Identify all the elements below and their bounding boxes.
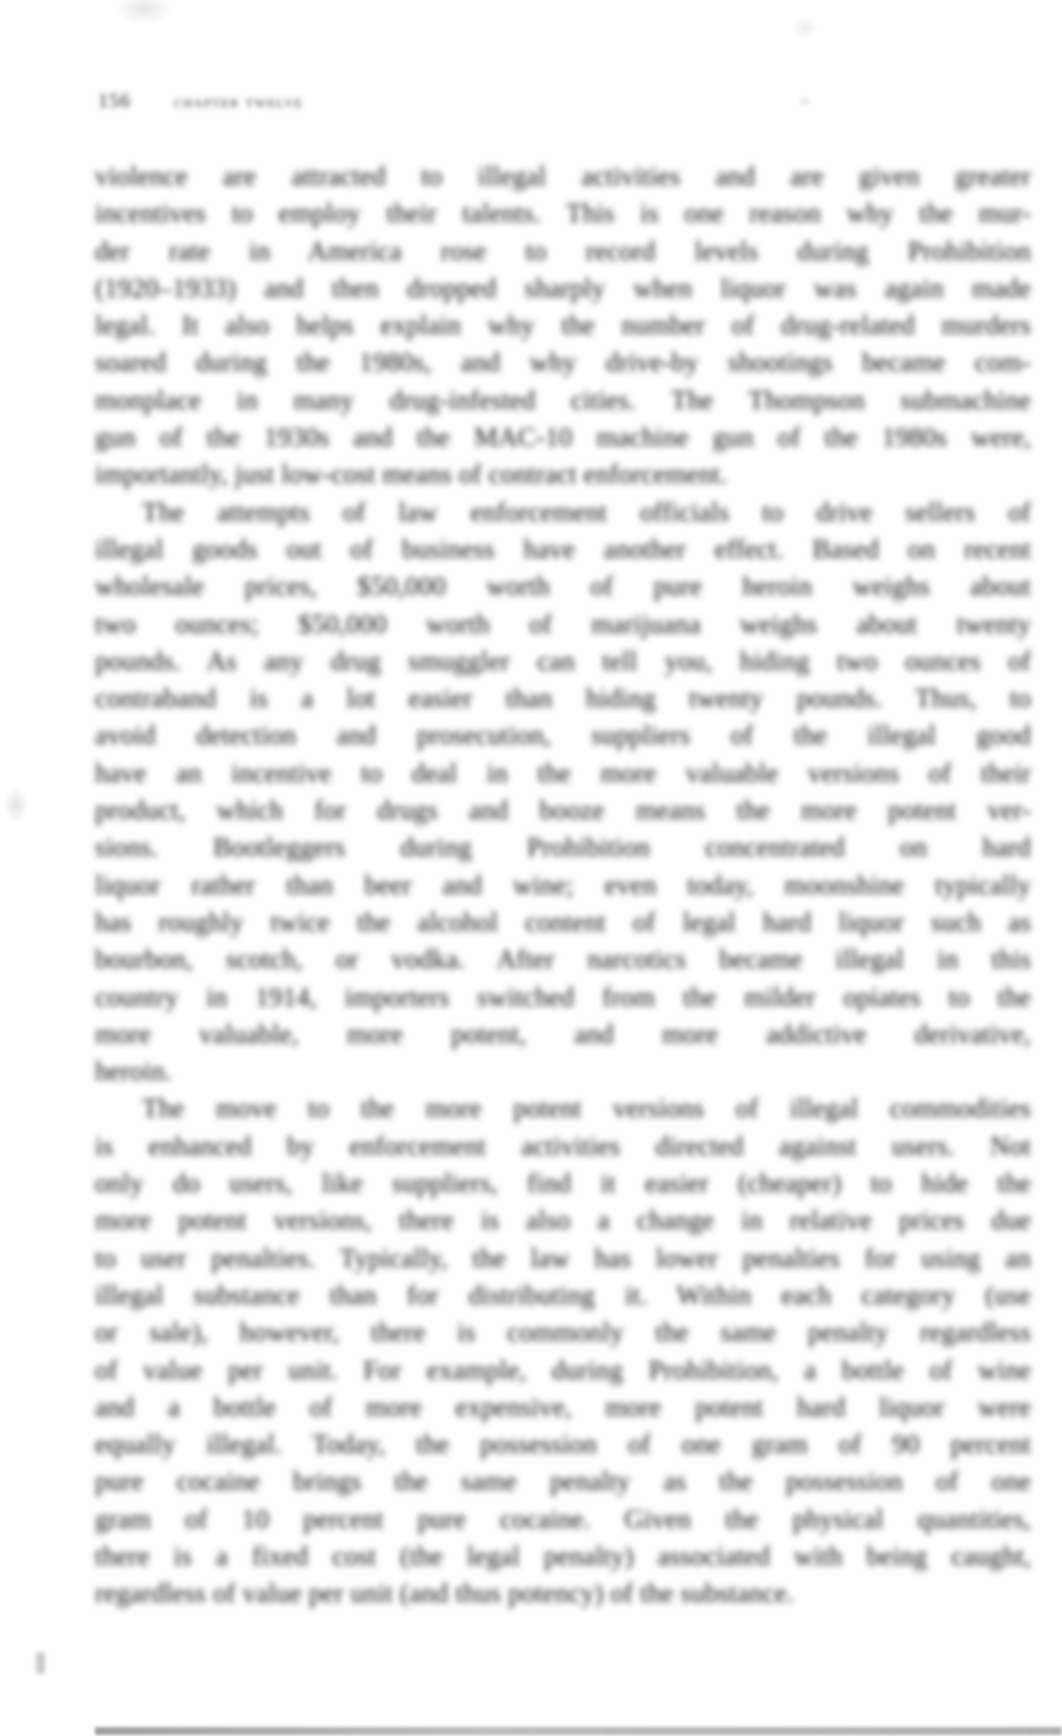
text-line: soared during the 1980s, and why drive-b…: [95, 344, 1031, 381]
text-line: pure cocaine brings the same penalty as …: [95, 1463, 1031, 1500]
text-block: violence are attracted to illegal activi…: [95, 158, 1031, 1613]
text-line: bourbon, scotch, or vodka. After narcoti…: [95, 941, 1031, 978]
text-line: pounds. As any drug smuggler can tell yo…: [95, 643, 1031, 680]
text-line: der rate in America rose to record level…: [95, 233, 1031, 270]
text-line: sions. Bootleggers during Prohibition co…: [95, 829, 1031, 866]
text-line: have an incentive to deal in the more va…: [95, 755, 1031, 792]
text-line: illegal goods out of business have anoth…: [95, 531, 1031, 568]
text-line: or sale), however, there is commonly the…: [95, 1314, 1031, 1351]
text-line: of value per unit. For example, during P…: [95, 1352, 1031, 1389]
scan-smudge-left-margin: [4, 788, 28, 822]
text-line: legal. It also helps explain why the num…: [95, 307, 1031, 344]
paragraph: The move to the more potent versions of …: [95, 1090, 1031, 1612]
text-line: only do users, like suppliers, find it e…: [95, 1165, 1031, 1202]
text-line: heroin.: [95, 1053, 1031, 1090]
text-line: more potent versions, there is also a ch…: [95, 1202, 1031, 1239]
text-line: more valuable, more potent, and more add…: [95, 1016, 1031, 1053]
text-line: violence are attracted to illegal activi…: [95, 158, 1031, 195]
text-line: avoid detection and prosecution, supplie…: [95, 717, 1031, 754]
paragraph: The attempts of law enforcement official…: [95, 494, 1031, 1091]
text-line: monplace in many drug-infested cities. T…: [95, 382, 1031, 419]
text-line: wholesale prices, $50,000 worth of pure …: [95, 568, 1031, 605]
text-line: gram of 10 percent pure cocaine. Given t…: [95, 1501, 1031, 1538]
text-line: incentives to employ their talents. This…: [95, 195, 1031, 232]
scanner-edge-bar: [95, 1727, 1062, 1735]
paragraph: violence are attracted to illegal activi…: [95, 158, 1031, 494]
text-line: equally illegal. Today, the possession o…: [95, 1426, 1031, 1463]
text-line: to user penalties. Typically, the law ha…: [95, 1240, 1031, 1277]
scan-mark-bottom-left: [36, 1652, 45, 1674]
text-line: has roughly twice the alcohol content of…: [95, 904, 1031, 941]
text-line: two ounces; $50,000 worth of marijuana w…: [95, 606, 1031, 643]
text-line: there is a fixed cost (the legal penalty…: [95, 1538, 1031, 1575]
text-line: The move to the more potent versions of …: [95, 1090, 1031, 1127]
scan-smudge-right-margin: [797, 94, 813, 108]
text-line: importantly, just low-cost means of cont…: [95, 456, 1031, 493]
text-line: country in 1914, importers switched from…: [95, 979, 1031, 1016]
scanned-book-page: 156 CHAPTER TWELVE violence are attracte…: [0, 0, 1062, 1736]
text-line: (1920–1933) and then dropped sharply whe…: [95, 270, 1031, 307]
scan-smudge-top-right: [792, 18, 818, 38]
text-line: The attempts of law enforcement official…: [95, 494, 1031, 531]
page-number: 156: [98, 90, 131, 113]
text-line: contraband is a lot easier than hiding t…: [95, 680, 1031, 717]
text-line: gun of the 1930s and the MAC-10 machine …: [95, 419, 1031, 456]
text-line: liquor rather than beer and wine; even t…: [95, 867, 1031, 904]
text-line: is enhanced by enforcement activities di…: [95, 1128, 1031, 1165]
text-line: product, which for drugs and booze means…: [95, 792, 1031, 829]
text-line: and a bottle of more expensive, more pot…: [95, 1389, 1031, 1426]
running-head: CHAPTER TWELVE: [174, 92, 304, 112]
text-line: regardless of value per unit (and thus p…: [95, 1575, 1031, 1612]
text-line: illegal substance than for distributing …: [95, 1277, 1031, 1314]
